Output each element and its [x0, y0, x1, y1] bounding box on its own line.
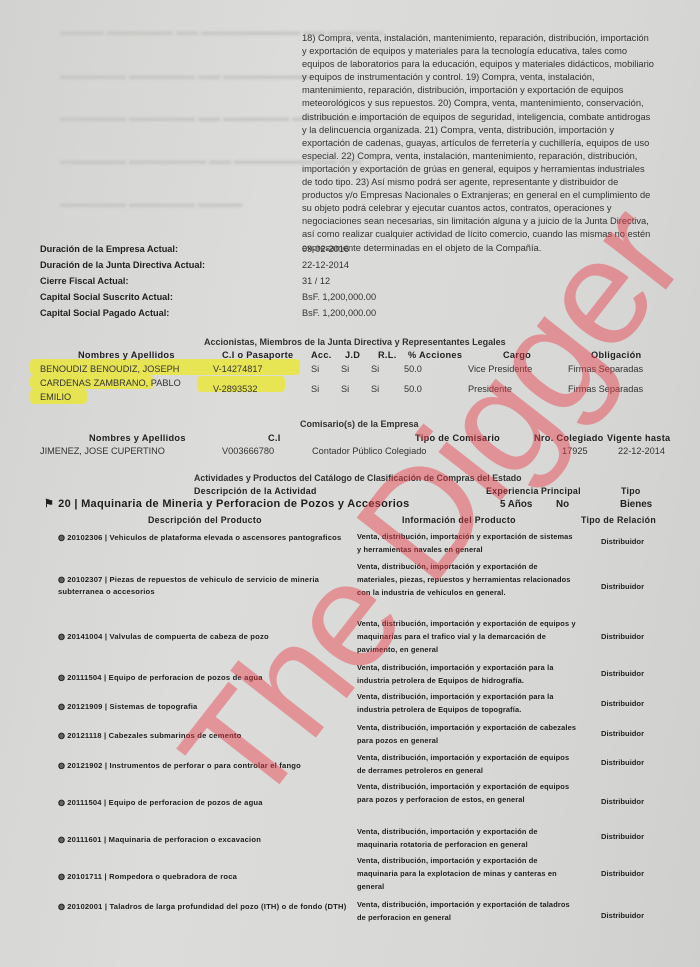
col-header-principal: Principal — [541, 486, 581, 496]
comisario-tipo: Contador Público Colegiado — [312, 446, 426, 456]
product-relacion: Distribuidor — [601, 729, 644, 738]
product-info: Venta, distribución, importación y expor… — [357, 530, 577, 556]
product-name: ◍20111601 | Maquinaria de perforacion o … — [58, 834, 348, 846]
shareholder-rl: Si — [371, 384, 379, 394]
col-header-tipo-relacion: Tipo de Relación — [581, 515, 656, 525]
product-name-text: 20111601 | Maquinaria de perforacion o e… — [67, 835, 261, 844]
col-header-vigente: Vigente hasta — [607, 433, 670, 443]
product-name-text: 20121118 | Cabezales submarinos de cemen… — [67, 731, 241, 740]
product-name-text: 20121902 | Instrumentos de perforar o pa… — [67, 761, 301, 770]
product-info: Venta, distribución, importación y expor… — [357, 751, 577, 777]
product-name: ◍20102307 | Piezas de repuestos de vehic… — [58, 574, 348, 597]
product-name-text: 20102306 | Vehiculos de plataforma eleva… — [67, 533, 341, 542]
col-header-ci: C.I o Pasaporte — [222, 350, 293, 360]
info-label: Capital Social Pagado Actual: — [40, 308, 169, 318]
col-header-descripcion-producto: Descripción del Producto — [148, 515, 262, 525]
info-label: Duración de la Empresa Actual: — [40, 244, 178, 254]
col-header-acciones: % Acciones — [408, 350, 462, 360]
globe-icon: ◍ — [58, 902, 65, 911]
shareholder-cargo: Vice Presidente — [468, 364, 532, 374]
bleed-through-text: ▬▬▬▬▬▬ ▬▬▬▬▬▬ ▬▬▬▬ — [60, 198, 242, 210]
comisario-name: JIMENEZ, JOSE CUPERTINO — [40, 446, 165, 456]
comisario-vigente: 22-12-2014 — [618, 446, 665, 456]
shareholder-percent: 50.0 — [404, 364, 422, 374]
bleed-through-text: ▬▬▬▬▬▬ ▬▬▬▬▬▬ ▬▬ ▬▬▬▬▬▬▬▬ — [60, 70, 311, 82]
col-header-acc: Acc. — [311, 350, 332, 360]
info-value: BsF. 1,200,000.00 — [302, 308, 376, 318]
globe-icon: ◍ — [58, 835, 65, 844]
shareholder-name: CARDENAS ZAMBRANO, PABLO — [40, 378, 181, 388]
comisario-title: Comisario(s) de la Empresa — [300, 419, 419, 429]
activity-tipo: Bienes — [620, 499, 652, 510]
col-header-name: Nombres y Apellidos — [89, 433, 186, 443]
col-header-descripcion-actividad: Descripción de la Actividad — [194, 486, 317, 496]
product-relacion: Distribuidor — [601, 758, 644, 767]
globe-icon: ◍ — [58, 872, 65, 881]
col-header-name: Nombres y Apellidos — [78, 350, 175, 360]
col-header-jd: J.D — [345, 350, 360, 360]
col-header-tipo: Tipo — [621, 486, 641, 496]
product-info: Venta, distribución, importación y expor… — [357, 780, 577, 806]
col-header-obligacion: Obligación — [591, 350, 641, 360]
product-name: ◍20121902 | Instrumentos de perforar o p… — [58, 760, 348, 772]
activity-experiencia: 5 Años — [500, 499, 532, 510]
document-page: ▬▬▬▬ ▬▬▬▬▬▬ ▬▬ ▬▬▬▬▬▬▬▬▬ ▬▬ ▬▬▬▬▬ ▬▬▬▬▬▬… — [0, 0, 700, 967]
product-name-text: 20111504 | Equipo de perforacion de pozo… — [67, 673, 263, 682]
product-relacion: Distribuidor — [601, 582, 644, 591]
shareholder-ci: V-2893532 — [213, 384, 257, 394]
comisario-colegiado: 17925 — [562, 446, 588, 456]
product-name: ◍20111504 | Equipo de perforacion de poz… — [58, 797, 348, 809]
globe-icon: ◍ — [58, 798, 65, 807]
product-info: Venta, distribución, importación y expor… — [357, 617, 577, 656]
shareholder-percent: 50.0 — [404, 384, 422, 394]
globe-icon: ◍ — [58, 575, 65, 584]
product-relacion: Distribuidor — [601, 797, 644, 806]
product-info: Venta, distribución, importación y expor… — [357, 854, 577, 893]
product-name-text: 20102001 | Taladros de larga profundidad… — [67, 902, 346, 911]
shareholder-jd: Si — [341, 364, 349, 374]
actividades-title: Actividades y Productos del Catálogo de … — [194, 473, 522, 483]
shareholders-title: Accionistas, Miembros de la Junta Direct… — [204, 337, 506, 347]
product-info: Venta, distribución, importación y expor… — [357, 690, 577, 716]
globe-icon: ◍ — [58, 632, 65, 641]
col-header-colegiado: Nro. Colegiado — [534, 433, 604, 443]
flag-icon: ⚑ — [44, 498, 54, 510]
info-label: Duración de la Junta Directiva Actual: — [40, 260, 205, 270]
product-name-text: 20121909 | Sistemas de topografia — [67, 702, 197, 711]
product-name: ◍20111504 | Equipo de perforacion de poz… — [58, 672, 348, 684]
activity-row: ⚑20 | Maquinaria de Mineria y Perforacio… — [44, 497, 410, 510]
company-purpose-text: 18) Compra, venta, instalación, mantenim… — [302, 32, 654, 255]
shareholder-acc: Si — [311, 384, 319, 394]
col-header-informacion-producto: Información del Producto — [402, 515, 516, 525]
globe-icon: ◍ — [58, 673, 65, 682]
product-info: Venta, distribución, importación y expor… — [357, 898, 577, 924]
col-header-tipo: Tipo de Comisario — [415, 433, 500, 443]
product-name-text: 20102307 | Piezas de repuestos de vehicu… — [58, 575, 319, 596]
col-header-experiencia: Experiencia — [486, 486, 539, 496]
product-name-text: 20141004 | Valvulas de compuerta de cabe… — [67, 632, 269, 641]
globe-icon: ◍ — [58, 702, 65, 711]
info-label: Capital Social Suscrito Actual: — [40, 292, 173, 302]
product-name: ◍20102306 | Vehiculos de plataforma elev… — [58, 532, 348, 544]
product-name-text: 20111504 | Equipo de perforacion de pozo… — [67, 798, 263, 807]
activity-name: 20 | Maquinaria de Mineria y Perforacion… — [58, 498, 409, 510]
product-relacion: Distribuidor — [601, 669, 644, 678]
product-relacion: Distribuidor — [601, 832, 644, 841]
product-info: Venta, distribución, importación y expor… — [357, 721, 577, 747]
product-name: ◍20101711 | Rompedora o quebradora de ro… — [58, 871, 348, 883]
shareholder-name: BENOUDIZ BENOUDIZ, JOSEPH — [40, 364, 179, 374]
globe-icon: ◍ — [58, 761, 65, 770]
product-info: Venta, distribución, importación y expor… — [357, 825, 577, 851]
product-name: ◍20121118 | Cabezales submarinos de ceme… — [58, 730, 348, 742]
product-name: ◍20102001 | Taladros de larga profundida… — [58, 901, 348, 913]
product-info: Venta, distribución, importación y expor… — [357, 661, 577, 687]
shareholder-acc: Si — [311, 364, 319, 374]
col-header-ci: C.I — [268, 433, 281, 443]
product-relacion: Distribuidor — [601, 632, 644, 641]
product-relacion: Distribuidor — [601, 537, 644, 546]
globe-icon: ◍ — [58, 731, 65, 740]
shareholder-obligacion: Firmas Separadas — [568, 364, 643, 374]
info-value: 09-02-2016 — [302, 244, 349, 254]
activity-principal: No — [556, 499, 569, 510]
info-value: 22-12-2014 — [302, 260, 349, 270]
globe-icon: ◍ — [58, 533, 65, 542]
shareholder-name-cont: EMILIO — [40, 392, 71, 402]
shareholder-cargo: Presidente — [468, 384, 512, 394]
product-name: ◍20141004 | Valvulas de compuerta de cab… — [58, 631, 348, 643]
product-relacion: Distribuidor — [601, 911, 644, 920]
product-info: Venta, distribución, importación y expor… — [357, 560, 577, 599]
info-label: Cierre Fiscal Actual: — [40, 276, 129, 286]
info-value: 31 / 12 — [302, 276, 330, 286]
comisario-ci: V003666780 — [222, 446, 274, 456]
product-relacion: Distribuidor — [601, 699, 644, 708]
col-header-cargo: Cargo — [503, 350, 531, 360]
info-value: BsF. 1,200,000.00 — [302, 292, 376, 302]
shareholder-jd: Si — [341, 384, 349, 394]
shareholder-rl: Si — [371, 364, 379, 374]
shareholder-ci: V-14274817 — [213, 364, 263, 374]
product-name: ◍20121909 | Sistemas de topografia — [58, 701, 348, 713]
product-relacion: Distribuidor — [601, 869, 644, 878]
product-name-text: 20101711 | Rompedora o quebradora de roc… — [67, 872, 237, 881]
shareholder-obligacion: Firmas Separadas — [568, 384, 643, 394]
col-header-rl: R.L. — [378, 350, 397, 360]
